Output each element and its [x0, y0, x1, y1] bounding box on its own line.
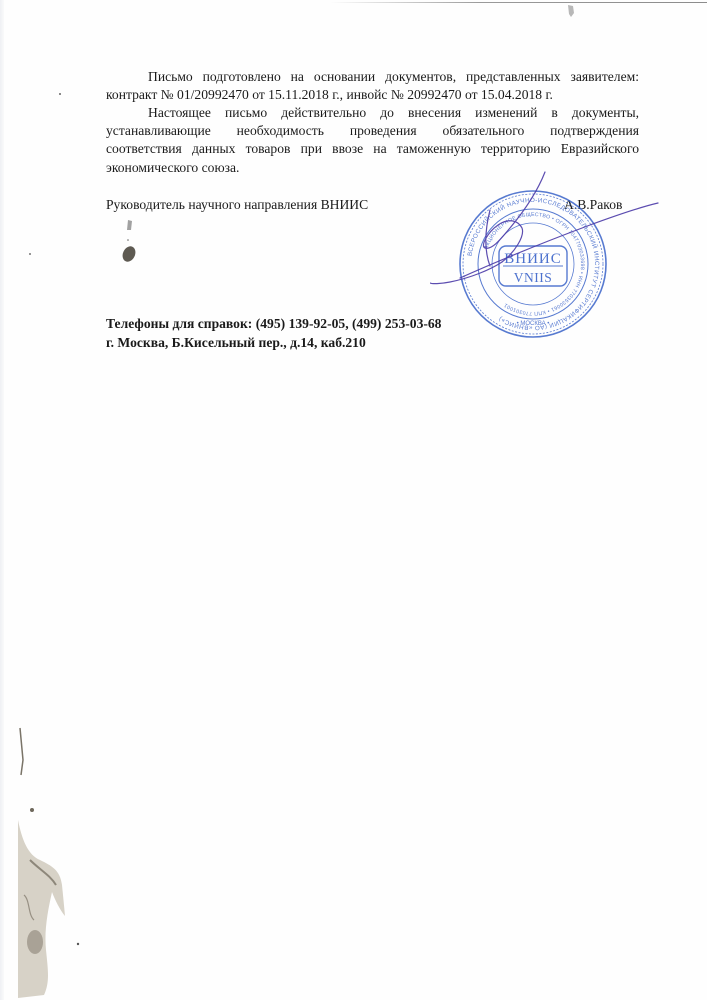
contact-phones: Телефоны для справок: (495) 139-92-05, (… — [106, 315, 441, 334]
stamp-center-top: ВНИИС — [504, 251, 562, 267]
paragraph-validity-line-4: экономического союза. — [106, 159, 639, 177]
scan-dot-icon — [58, 92, 62, 96]
paragraph-validity-line-1: Настоящее письмо действительно до внесен… — [148, 105, 639, 120]
official-stamp: ВСЕРОССИЙСКИЙ НАУЧНО-ИССЛЕДОВАТЕЛЬСКИЙ И… — [457, 188, 609, 340]
paragraph-validity-line-2: устанавливающие необходимость проведения… — [106, 122, 639, 140]
paragraph-basis-line-1: Письмо подготовлено на основании докумен… — [148, 69, 639, 84]
scan-top-edge — [330, 2, 707, 3]
paragraph-basis: Письмо подготовлено на основании докумен… — [106, 68, 639, 104]
paper-stain-icon — [0, 720, 80, 1000]
contact-address: г. Москва, Б.Кисельный пер., д.14, каб.2… — [106, 334, 441, 353]
signatory-position: Руководитель научного направления ВНИИС — [106, 197, 368, 212]
scan-smudge-icon — [566, 4, 576, 18]
contact-info: Телефоны для справок: (495) 139-92-05, (… — [106, 315, 441, 352]
paragraph-validity: Настоящее письмо действительно до внесен… — [106, 104, 639, 177]
scan-dot-icon — [28, 252, 32, 256]
paragraph-validity-line-3: соответствия данных товаров при ввозе на… — [106, 140, 639, 158]
document-page: Письмо подготовлено на основании докумен… — [0, 0, 707, 1000]
paragraph-basis-line-2: контракт № 01/20992470 от 15.11.2018 г.,… — [106, 86, 639, 104]
ink-smudge-icon — [120, 218, 150, 268]
stamp-city: • МОСКВА • — [517, 321, 550, 327]
stamp-center-bottom: VNIIS — [514, 270, 553, 285]
